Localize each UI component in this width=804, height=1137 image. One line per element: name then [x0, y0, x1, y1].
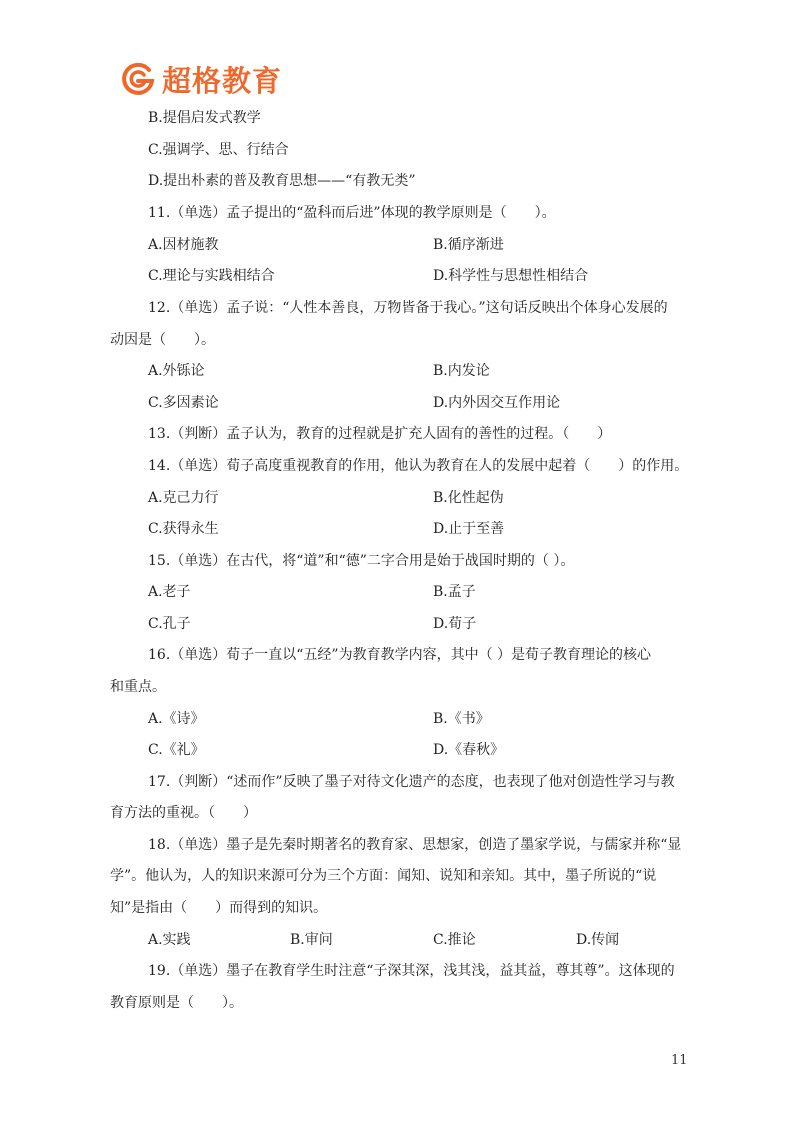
option-text: D.传闻	[576, 930, 619, 950]
option-text: C.强调学、思、行结合	[148, 140, 289, 160]
option-text: C.《礼》	[148, 740, 205, 760]
page-number: 11	[671, 1053, 688, 1068]
option-text: C.多因素论	[148, 393, 219, 413]
option-text: B.审问	[290, 930, 333, 950]
question-stem: 教育原则是（ ）。	[110, 993, 243, 1013]
option-text: C.推论	[433, 930, 476, 950]
option-text: B.循序渐进	[433, 235, 504, 255]
option-text: A.《诗》	[148, 709, 205, 729]
question-stem: 11.（单选）孟子提出的“盈科而后进”体现的教学原则是（ ）。	[148, 203, 556, 223]
question-stem: 动因是（ ）。	[110, 330, 215, 350]
option-text: A.因材施教	[148, 235, 219, 255]
option-text: C.理论与实践相结合	[148, 266, 275, 286]
option-text: A.老子	[148, 582, 191, 602]
question-stem: 19.（单选）墨子在教育学生时注意“子深其深，浅其浅，益其益，尊其尊”。这体现的	[148, 961, 675, 981]
option-text: D.科学性与思想性相结合	[433, 266, 588, 286]
question-stem: 18.（单选）墨子是先秦时期著名的教育家、思想家，创造了墨家学说，与儒家并称“显	[148, 835, 681, 855]
logo-text: 超格教育	[162, 59, 282, 100]
option-text: B.内发论	[433, 361, 490, 381]
option-text: C.孔子	[148, 614, 191, 634]
option-text: A.外铄论	[148, 361, 205, 381]
option-text: B.化性起伪	[433, 488, 504, 508]
option-text: D.《春秋》	[433, 740, 504, 760]
question-stem: 15.（单选）在古代，将“道”和“德”二字合用是始于战国时期的（ ）。	[148, 551, 574, 571]
logo-g-icon	[120, 61, 156, 97]
option-text: C.获得永生	[148, 519, 219, 539]
option-text: D.止于至善	[433, 519, 504, 539]
option-text: B.提倡启发式教学	[148, 108, 261, 128]
question-stem: 学”。他认为，人的知识来源可分为三个方面：闻知、说知和亲知。其中，墨子所说的“说	[110, 866, 656, 886]
option-text: A.克己力行	[148, 488, 219, 508]
option-text: D.提出朴素的普及教育思想——“有教无类”	[148, 171, 416, 191]
question-stem: 14.（单选）荀子高度重视教育的作用，他认为教育在人的发展中起着（ ）的作用。	[148, 456, 688, 476]
option-text: D.荀子	[433, 614, 476, 634]
question-stem: 知”是指由（ ）而得到的知识。	[110, 898, 327, 918]
option-text: A.实践	[148, 930, 191, 950]
option-text: B.孟子	[433, 582, 476, 602]
option-text: D.内外因交互作用论	[433, 393, 560, 413]
question-stem: 13.（判断）孟子认为，教育的过程就是扩充人固有的善性的过程。（ ）	[148, 424, 611, 444]
question-stem: 16.（单选）荀子一直以“五经”为教育教学内容，其中（ ）是荀子教育理论的核心	[148, 645, 651, 665]
question-stem: 和重点。	[110, 677, 166, 697]
question-stem: 12.（单选）孟子说：“人性本善良，万物皆备于我心。”这句话反映出个体身心发展的	[148, 298, 668, 318]
question-stem: 17.（判断）“述而作”反映了墨子对待文化遗产的态度，也表现了他对创造性学习与教	[148, 772, 675, 792]
option-text: B.《书》	[433, 709, 490, 729]
brand-logo: 超格教育	[120, 60, 282, 98]
question-stem: 育方法的重视。（ ）	[110, 803, 257, 823]
